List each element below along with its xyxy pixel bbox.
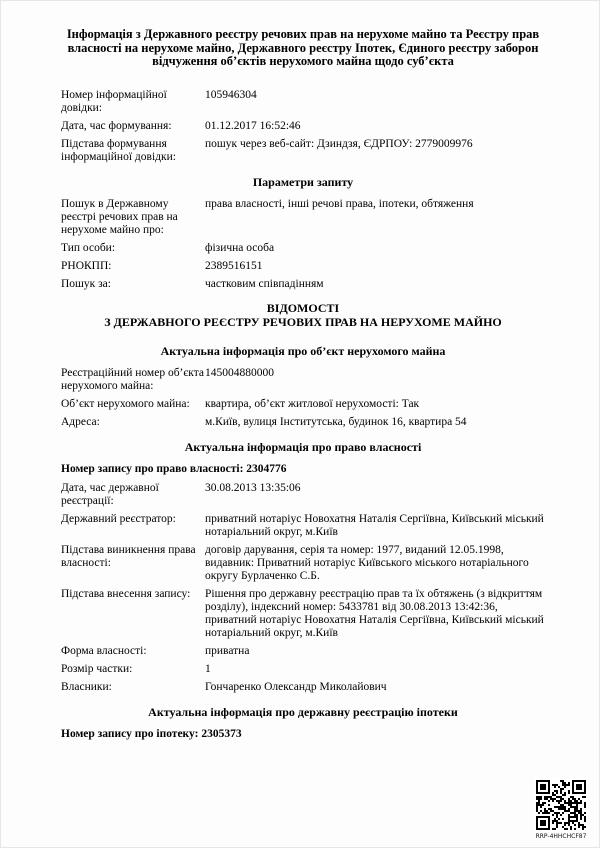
field-label: Адреса: — [61, 416, 205, 429]
field-label: Власники: — [61, 681, 205, 694]
field-label: Підстава внесення запису: — [61, 588, 205, 601]
ownership-record-number: Номер запису про право власності: 230477… — [61, 463, 545, 476]
ownership-section: Дата, час державної реєстрації: 30.08.20… — [61, 482, 545, 694]
mortgage-record-number: Номер запису про іпотеку: 2305373 — [61, 728, 545, 741]
field-row-share-size: Розмір частки: 1 — [61, 663, 545, 676]
field-value: 145004880000 — [205, 367, 545, 380]
field-row-info-number: Номер інформаційної довідки: 105946304 — [61, 89, 545, 115]
field-label: Об’єкт нерухомого майна: — [61, 398, 205, 411]
field-value: приватна — [205, 645, 545, 658]
vidomosti-heading-line2: З ДЕРЖАВНОГО РЕЄСТРУ РЕЧОВИХ ПРАВ НА НЕР… — [61, 315, 545, 329]
field-label: Форма власності: — [61, 645, 205, 658]
field-value: 01.12.2017 16:52:46 — [205, 120, 545, 133]
field-value: Рішення про державну реєстрацію прав та … — [205, 588, 545, 640]
field-label: Дата, час державної реєстрації: — [61, 482, 205, 508]
field-row-search-registry: Пошук в Державному реєстрі речових прав … — [61, 198, 545, 237]
field-value: Гончаренко Олександр Миколайович — [205, 681, 545, 694]
query-params-heading: Параметри запиту — [61, 176, 545, 189]
field-row-search-by: Пошук за: частковим співпадінням — [61, 278, 545, 291]
field-value: 105946304 — [205, 89, 545, 102]
qr-code — [534, 778, 588, 832]
field-row-registration-datetime: Дата, час державної реєстрації: 30.08.20… — [61, 482, 545, 508]
field-row-ownership-form: Форма власності: приватна — [61, 645, 545, 658]
field-value: 2389516151 — [205, 260, 545, 273]
field-value: м.Київ, вулиця Інститутська, будинок 16,… — [205, 416, 545, 429]
field-label: Номер інформаційної довідки: — [61, 89, 205, 115]
field-value: 30.08.2013 13:35:06 — [205, 482, 545, 495]
field-label: РНОКПП: — [61, 260, 205, 273]
field-label: Реєстраційний номер об’єкта нерухомого м… — [61, 367, 205, 393]
field-value: квартира, об’єкт житлової нерухомості: Т… — [205, 398, 545, 411]
field-value: 1 — [205, 663, 545, 676]
field-row-ownership-origin-basis: Підстава виникнення права власності: дог… — [61, 544, 545, 583]
field-value: права власності, інші речові права, іпот… — [205, 198, 545, 211]
field-value: фізична особа — [205, 242, 545, 255]
field-label: Пошук за: — [61, 278, 205, 291]
field-row-address: Адреса: м.Київ, вулиця Інститутська, буд… — [61, 416, 545, 429]
object-info-heading: Актуальна інформація про об’єкт нерухомо… — [61, 345, 545, 358]
field-label: Пошук в Державному реєстрі речових прав … — [61, 198, 205, 237]
ownership-heading: Актуальна інформація про право власності — [61, 441, 545, 454]
field-label: Підстава виникнення права власності: — [61, 544, 205, 570]
field-value: приватний нотаріус Новохатня Наталія Сер… — [205, 513, 545, 539]
field-label: Підстава формування інформаційної довідк… — [61, 138, 205, 164]
field-label: Тип особи: — [61, 242, 205, 255]
field-row-formation-date: Дата, час формування: 01.12.2017 16:52:4… — [61, 120, 545, 133]
field-label: Державний реєстратор: — [61, 513, 205, 526]
field-value: пошук через веб-сайт: Дзиндзя, ЄДРПОУ: 2… — [205, 138, 545, 151]
mortgage-heading: Актуальна інформація про державну реєстр… — [61, 706, 545, 719]
qr-caption: RRP-4HHCHCF87 — [529, 833, 593, 841]
field-value: договір дарування, серія та номер: 1977,… — [205, 544, 545, 583]
document-title: Інформація з Державного реєстру речових … — [61, 28, 545, 69]
document-body: Інформація з Державного реєстру речових … — [1, 1, 599, 847]
query-params-section: Пошук в Державному реєстрі речових прав … — [61, 198, 545, 291]
info-reference-section: Номер інформаційної довідки: 105946304 Д… — [61, 89, 545, 164]
qr-block: RRP-4HHCHCF87 — [529, 778, 593, 841]
field-row-state-registrar: Державний реєстратор: приватний нотаріус… — [61, 513, 545, 539]
field-label: Розмір частки: — [61, 663, 205, 676]
document-page: { "title": "Інформація з Державного реєс… — [0, 0, 600, 848]
field-row-formation-basis: Підстава формування інформаційної довідк… — [61, 138, 545, 164]
field-row-rnokpp: РНОКПП: 2389516151 — [61, 260, 545, 273]
field-row-registration-number: Реєстраційний номер об’єкта нерухомого м… — [61, 367, 545, 393]
vidomosti-heading: ВІДОМОСТІ З ДЕРЖАВНОГО РЕЄСТРУ РЕЧОВИХ П… — [61, 301, 545, 329]
vidomosti-heading-line1: ВІДОМОСТІ — [61, 301, 545, 315]
field-row-person-type: Тип особи: фізична особа — [61, 242, 545, 255]
field-value: частковим співпадінням — [205, 278, 545, 291]
field-row-owners: Власники: Гончаренко Олександр Миколайов… — [61, 681, 545, 694]
field-label: Дата, час формування: — [61, 120, 205, 133]
object-info-section: Реєстраційний номер об’єкта нерухомого м… — [61, 367, 545, 429]
field-row-record-entry-basis: Підстава внесення запису: Рішення про де… — [61, 588, 545, 640]
field-row-object-type: Об’єкт нерухомого майна: квартира, об’єк… — [61, 398, 545, 411]
